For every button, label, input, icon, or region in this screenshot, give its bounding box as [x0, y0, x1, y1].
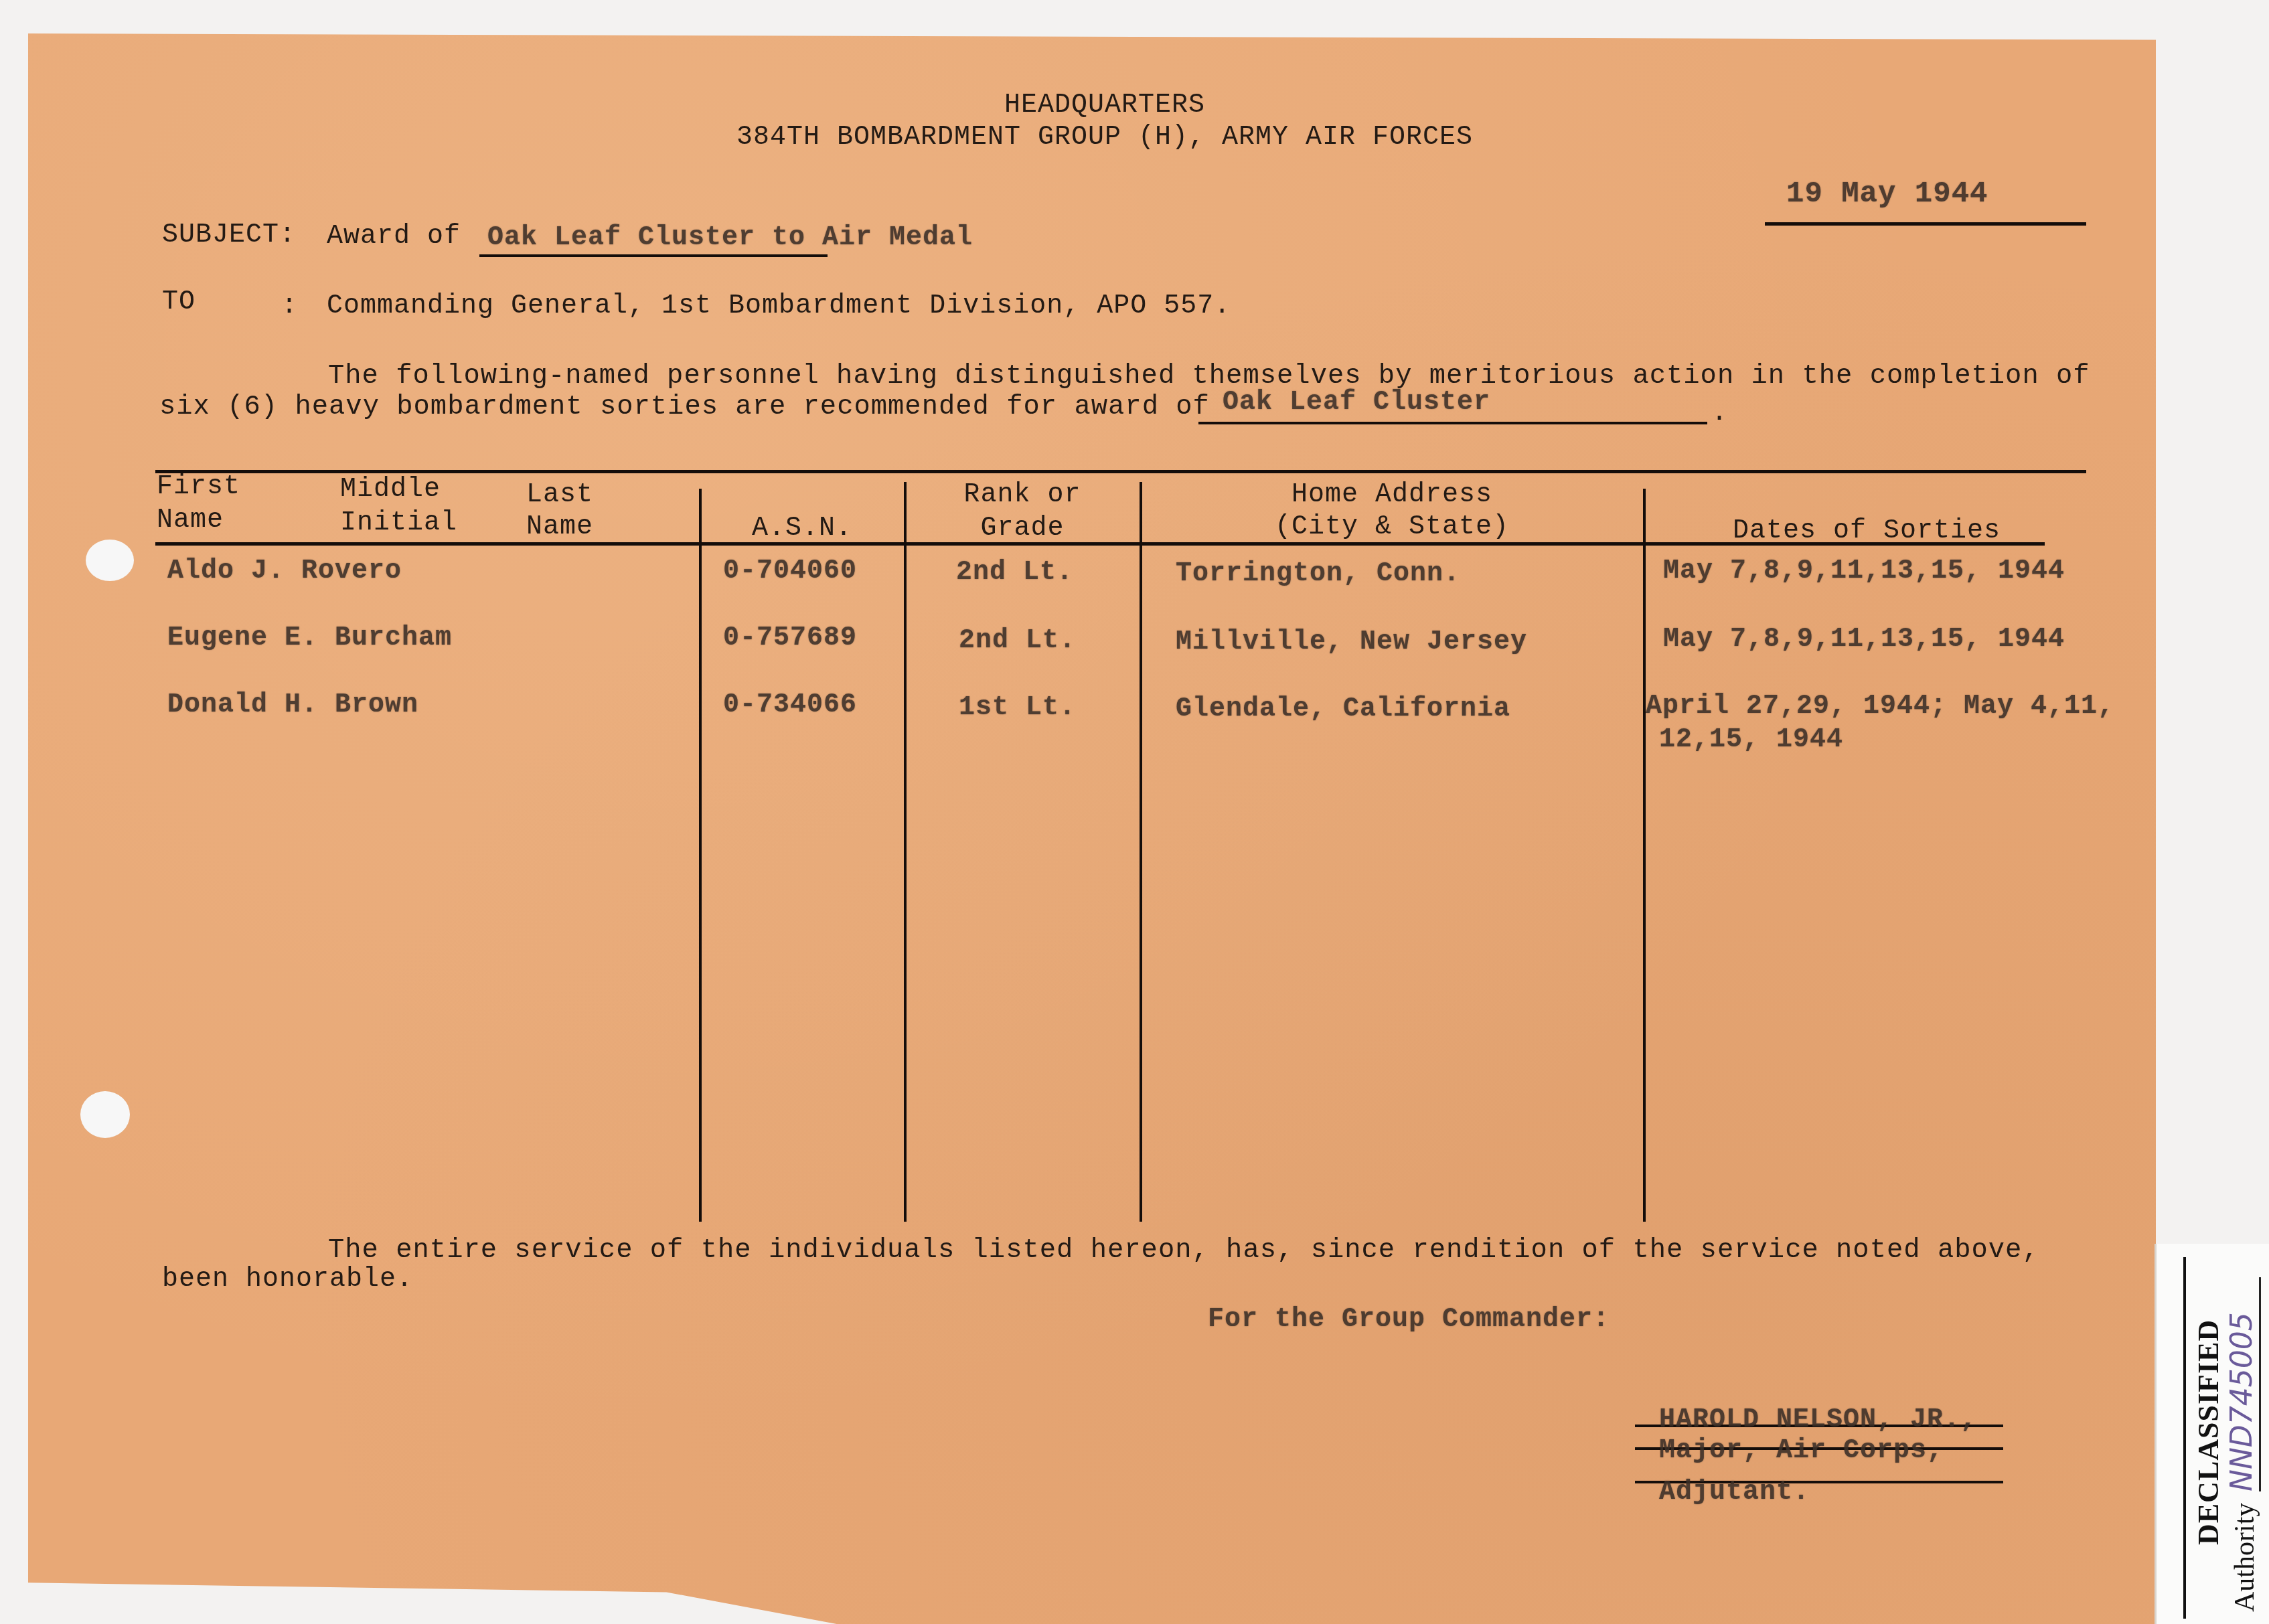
row1-name: Aldo J. Rovero: [167, 557, 402, 586]
declassified-authority-label: Authority: [2229, 1503, 2261, 1612]
row1-dates: May 7,8,9,11,13,15, 1944: [1663, 557, 2065, 586]
row1-asn: 0-704060: [723, 557, 857, 586]
declassified-stamp-rotated: DECLASSIFIED Authority NND745005: [2186, 1257, 2266, 1619]
header-dates: Dates of Sorties: [1646, 517, 2088, 546]
header-last-name-1: Last: [526, 481, 593, 510]
subject-prefix: Award of: [327, 222, 461, 252]
intro-award-value: Oak Leaf Cluster: [1223, 388, 1490, 418]
to-value: Commanding General, 1st Bombardment Divi…: [327, 292, 1231, 321]
intro-line2: six (6) heavy bombardment sorties are re…: [159, 392, 1210, 422]
subject-underline: [479, 254, 828, 257]
to-label: TO: [162, 288, 195, 317]
declassified-title: DECLASSIFIED: [2191, 1319, 2225, 1545]
closing-line2: been honorable.: [162, 1265, 413, 1295]
punch-hole-top: [86, 540, 134, 581]
table-col-divider-2: [904, 482, 907, 1222]
header-rank-2: Grade: [907, 514, 1138, 544]
to-colon: :: [281, 292, 298, 321]
row1-address: Torrington, Conn.: [1176, 560, 1460, 589]
row2-name: Eugene E. Burcham: [167, 624, 452, 653]
row2-asn: 0-757689: [723, 624, 857, 653]
header-rank-1: Rank or: [907, 481, 1138, 510]
header-middle-initial-2: Initial: [340, 509, 457, 538]
closing-line1: The entire service of the individuals li…: [328, 1236, 2039, 1265]
row2-rank: 2nd Lt.: [959, 627, 1076, 656]
punch-hole-bottom: [80, 1091, 130, 1138]
header-unit: 384TH BOMBARDMENT GROUP (H), ARMY AIR FO…: [670, 123, 1540, 153]
signature-for: For the Group Commander:: [1208, 1305, 1610, 1335]
declassified-authority-value: NND745005: [2225, 1277, 2261, 1491]
table-top-rule: [155, 470, 2086, 473]
header-first-name-2: Name: [157, 506, 224, 536]
declassified-stamp-border: DECLASSIFIED Authority NND745005: [2183, 1257, 2266, 1619]
row3-dates-line2: 12,15, 1944: [1659, 726, 1843, 755]
subject-value: Oak Leaf Cluster to Air Medal: [487, 224, 973, 253]
row3-dates-line1: April 27,29, 1944; May 4,11,: [1646, 692, 2114, 722]
intro-line1: The following-named personnel having dis…: [328, 361, 2090, 391]
document-date: 19 May 1944: [1786, 179, 1988, 209]
signature-rank: Major, Air Corps,: [1659, 1437, 1944, 1466]
award-underline: [1198, 422, 1707, 424]
signature-name: HAROLD NELSON, JR.,: [1659, 1406, 1977, 1435]
header-address-2: (City & State): [1142, 513, 1642, 542]
declassified-stamp: DECLASSIFIED Authority NND745005: [2155, 1244, 2269, 1624]
table-col-divider-1: [699, 489, 702, 1222]
header-first-name-1: First: [157, 473, 240, 502]
header-middle-initial-1: Middle: [340, 475, 441, 505]
row3-name: Donald H. Brown: [167, 691, 418, 720]
row1-rank: 2nd Lt.: [956, 558, 1073, 588]
subject-label: SUBJECT:: [162, 221, 296, 250]
table-col-divider-3: [1140, 482, 1142, 1222]
row3-rank: 1st Lt.: [959, 694, 1076, 723]
row3-asn: 0-734066: [723, 691, 857, 720]
header-asn: A.S.N.: [702, 514, 903, 544]
intro-end: .: [1711, 399, 1728, 428]
date-underline: [1765, 222, 2086, 226]
header-address-1: Home Address: [1142, 481, 1642, 510]
row2-dates: May 7,8,9,11,13,15, 1944: [1663, 625, 2065, 655]
signature-title: Adjutant.: [1659, 1478, 1810, 1508]
row2-address: Millville, New Jersey: [1176, 628, 1527, 657]
header-headquarters: HEADQUARTERS: [870, 91, 1339, 120]
table-col-divider-4: [1643, 489, 1646, 1222]
document-page: [28, 33, 2156, 1624]
row3-address: Glendale, California: [1176, 695, 1510, 724]
header-last-name-2: Name: [526, 513, 593, 542]
